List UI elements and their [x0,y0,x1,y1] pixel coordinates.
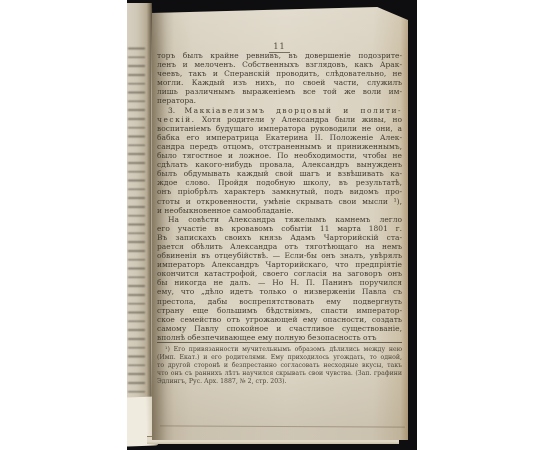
text-line: вполнѣ обезпечивающее ему полную безопас… [157,333,402,342]
text-line: окончится катастрофой, своего согласія н… [157,269,402,278]
screenshot-root: { "page": { "number": "11", "paragraphs"… [0,0,550,450]
text-line: ждое слово. Пройдя подобную школу, въ ре… [157,178,402,187]
adjacent-page-edge [127,3,152,444]
footnote-rule [157,342,402,343]
text-segment: 3. [168,106,184,115]
text-segment: Маккіавелизмъ дворцовый и полити- [184,106,402,115]
text-line: бы никогда не далъ. — Но Н. П. Панинъ по… [157,278,402,287]
text-line: ское семейство отъ угрожающей ему опасно… [157,315,402,324]
text-line: его участіе въ кровавомъ событіи 11 март… [157,224,402,233]
text-line: воспитаніемъ будущаго императора руковод… [157,124,402,133]
text-line: престола, дабы воспрепятствовать ему под… [157,297,402,306]
text-line: ¹) Его привязанности мучительнымъ образо… [157,346,402,354]
text-line: могли. Каждый изъ нихъ, по своей части, … [157,78,402,87]
text-segment: Хотя родители у Александра были живы, но [196,115,402,124]
text-line: что онъ съ раннихъ лѣтъ научился скрыват… [157,370,402,378]
text-block: торъ былъ крайне ревнивъ, въ довершеніе … [157,51,402,342]
text-line: Въ запискахъ своихъ князь Адамъ Чарторий… [157,233,402,242]
text-line: сандра передъ отцомъ, отстраненнымъ и пр… [157,142,402,151]
text-line: былъ обдумывать каждый свой шагъ и взвѣш… [157,169,402,178]
text-line: бабка его императрица Екатерина II. Поло… [157,133,402,142]
text-line: было тягостное и ложное. По необходимост… [157,151,402,160]
text-line: и необыкновенное самообладаніе. [157,206,402,215]
book-page: 11 торъ былъ крайне ревнивъ, въ довершен… [152,7,408,440]
text-line: (Имп. Екат.) и его родителями. Ему прихо… [157,354,402,362]
text-line: торъ былъ крайне ревнивъ, въ довершеніе … [157,51,402,60]
blurred-text-lines [128,45,145,405]
text-line: сдѣлать какого-нибудь провала, Александр… [157,160,402,169]
page-crease [160,425,405,427]
text-segment: ческій. [157,115,196,124]
text-line: страну еще большимъ бѣдствіямъ, спасти и… [157,306,402,315]
text-line: императоръ Александръ Чарторийскаго, что… [157,260,402,269]
text-line: то другой сторонѣ и безпрестанно согласо… [157,362,402,370]
text-line: Эдлингъ, Рус. Арх. 1887, № 2, стр. 203). [157,378,402,386]
text-line: ленъ и мелоченъ. Собственныхъ взглядовъ,… [157,60,402,69]
text-line: обвиненія въ отцеубійствѣ. — Если-бы онъ… [157,251,402,260]
text-line: ческій. Хотя родители у Александра были … [157,115,402,124]
text-line: самому Павлу спокойное и счастливое суще… [157,324,402,333]
text-line: онъ пріобрѣлъ характеръ замкнутый, подъ … [157,187,402,196]
footnote: ¹) Его привязанности мучительнымъ образо… [157,346,402,386]
book-photo: 11 торъ былъ крайне ревнивъ, въ довершен… [127,0,417,450]
text-line: чеевъ, такъ и Сперанскій проводить, слѣд… [157,69,402,78]
text-line: ему, что „дѣло идетъ только о низвержені… [157,287,402,296]
text-line: лишь различнымъ выраженіемъ все той же в… [157,87,402,96]
text-line: рается обѣлить Александра отъ тяготѣющаг… [157,242,402,251]
text-line: стоты и откровенности, умѣніе скрывать с… [157,197,402,206]
text-line: ператора. [157,96,402,105]
text-line: На совѣсти Александра тяжелымъ камнемъ л… [157,215,402,224]
text-line: 3. Маккіавелизмъ дворцовый и полити- [157,106,402,115]
